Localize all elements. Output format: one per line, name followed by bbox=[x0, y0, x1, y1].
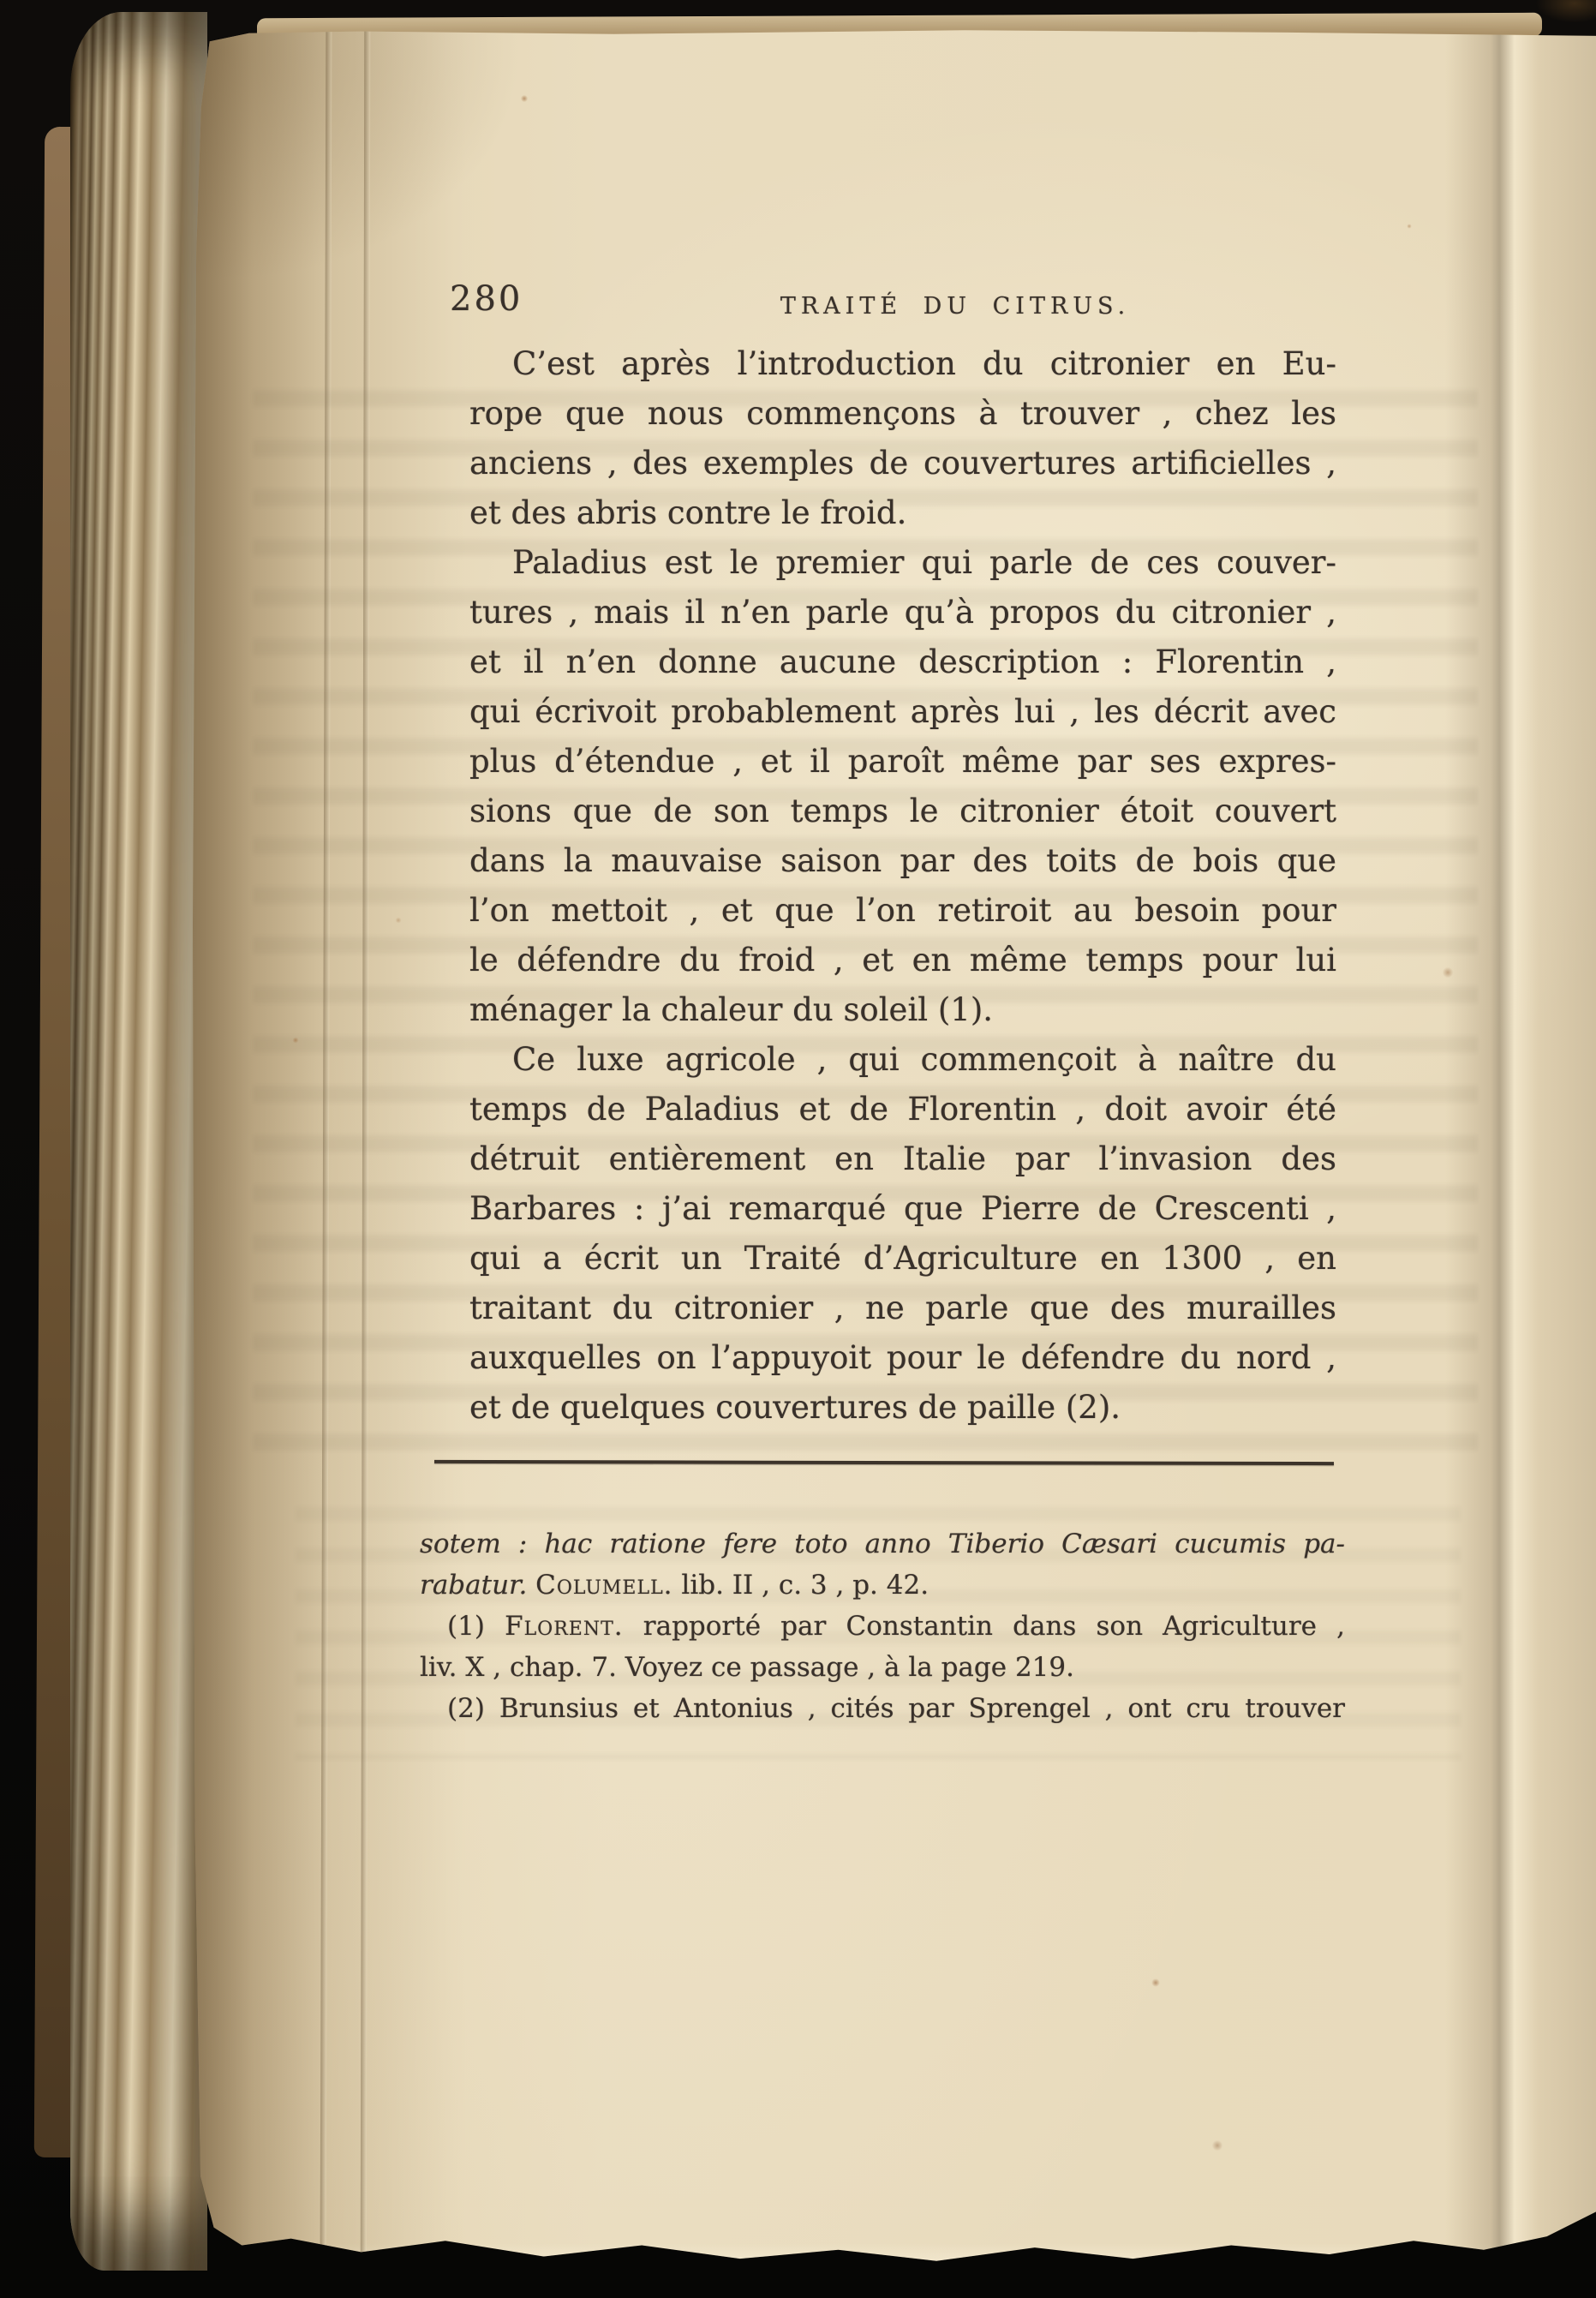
body-text: C’est après l’introduction du citronier … bbox=[469, 339, 1336, 1433]
text-line: l’on mettoit , et que l’on retiroit au b… bbox=[469, 886, 1336, 936]
footnote-continuation-line: rabatur. Columell. lib. II , c. 3 , p. 4… bbox=[420, 1565, 1345, 1606]
text-line: rope que nous commençons à trouver , che… bbox=[469, 389, 1336, 439]
footnote-1-line: liv. X , chap. 7. Voyez ce passage , à l… bbox=[420, 1647, 1345, 1688]
page-edge-stack bbox=[70, 12, 207, 2271]
text-line: qui a écrit un Traité d’Agriculture en 1… bbox=[469, 1234, 1336, 1284]
footnote-1-line: (1) Florent. rapporté par Constantin dan… bbox=[420, 1606, 1345, 1647]
text-line: dans la mauvaise saison par des toits de… bbox=[469, 836, 1336, 886]
text-line: le défendre du froid , et en même temps … bbox=[469, 936, 1336, 985]
text-line: anciens , des exemples de couvertures ar… bbox=[469, 439, 1336, 488]
running-title: TRAITÉ DU CITRUS. bbox=[741, 293, 1169, 320]
footnote-latin-text: rabatur. bbox=[420, 1570, 535, 1601]
binding-shadow bbox=[1524, 0, 1596, 34]
text-line: et il n’en donne aucune description : Fl… bbox=[469, 637, 1336, 687]
footnote-text: Brunsius et Antonius , cités par Sprenge… bbox=[499, 1693, 1345, 1724]
text-line: Ce luxe agricole , qui commençoit à naît… bbox=[469, 1035, 1336, 1085]
text-line: Paladius est le premier qui parle de ces… bbox=[469, 538, 1336, 588]
text-line: qui écrivoit probablement après lui , le… bbox=[469, 687, 1336, 737]
text-line: et de quelques couvertures de paille (2)… bbox=[469, 1383, 1336, 1433]
text-line: détruit entièrement en Italie par l’inva… bbox=[469, 1134, 1336, 1184]
footnote-marker: (1) bbox=[447, 1611, 505, 1642]
footnote-marker: (2) bbox=[447, 1693, 499, 1724]
footnote-2-line: (2) Brunsius et Antonius , cités par Spr… bbox=[420, 1688, 1345, 1729]
footnote-citation-author: Columell. bbox=[535, 1570, 672, 1601]
text-line: plus d’étendue , et il paroît même par s… bbox=[469, 737, 1336, 787]
text-line: et des abris contre le froid. bbox=[469, 488, 1336, 538]
text-line: Barbares : j’ai remarqué que Pierre de C… bbox=[469, 1184, 1336, 1234]
text-line: auxquelles on l’appuyoit pour le défendr… bbox=[469, 1333, 1336, 1383]
text-line: tures , mais il n’en parle qu’à propos d… bbox=[469, 588, 1336, 637]
book-scan-photo: 280 TRAITÉ DU CITRUS. C’est après l’intr… bbox=[0, 0, 1596, 2298]
text-line: C’est après l’introduction du citronier … bbox=[469, 339, 1336, 389]
text-line: temps de Paladius et de Florentin , doit… bbox=[469, 1085, 1336, 1134]
footnote-citation-author: Florent. bbox=[505, 1611, 624, 1642]
book-page: 280 TRAITÉ DU CITRUS. C’est après l’intr… bbox=[193, 29, 1596, 2265]
footnote-citation-ref: lib. II , c. 3 , p. 42. bbox=[673, 1570, 930, 1601]
text-line: sions que de son temps le citronier étoi… bbox=[469, 787, 1336, 836]
page-number: 280 bbox=[450, 279, 523, 319]
text-line: ménager la chaleur du soleil (1). bbox=[469, 985, 1336, 1035]
footnotes-block: sotem : hac ratione fere toto anno Tiber… bbox=[420, 1523, 1345, 1729]
footnote-continuation-line: sotem : hac ratione fere toto anno Tiber… bbox=[420, 1523, 1345, 1565]
text-line: traitant du citronier , ne parle que des… bbox=[469, 1284, 1336, 1333]
footnote-text: rapporté par Constantin dans son Agricul… bbox=[624, 1611, 1345, 1642]
